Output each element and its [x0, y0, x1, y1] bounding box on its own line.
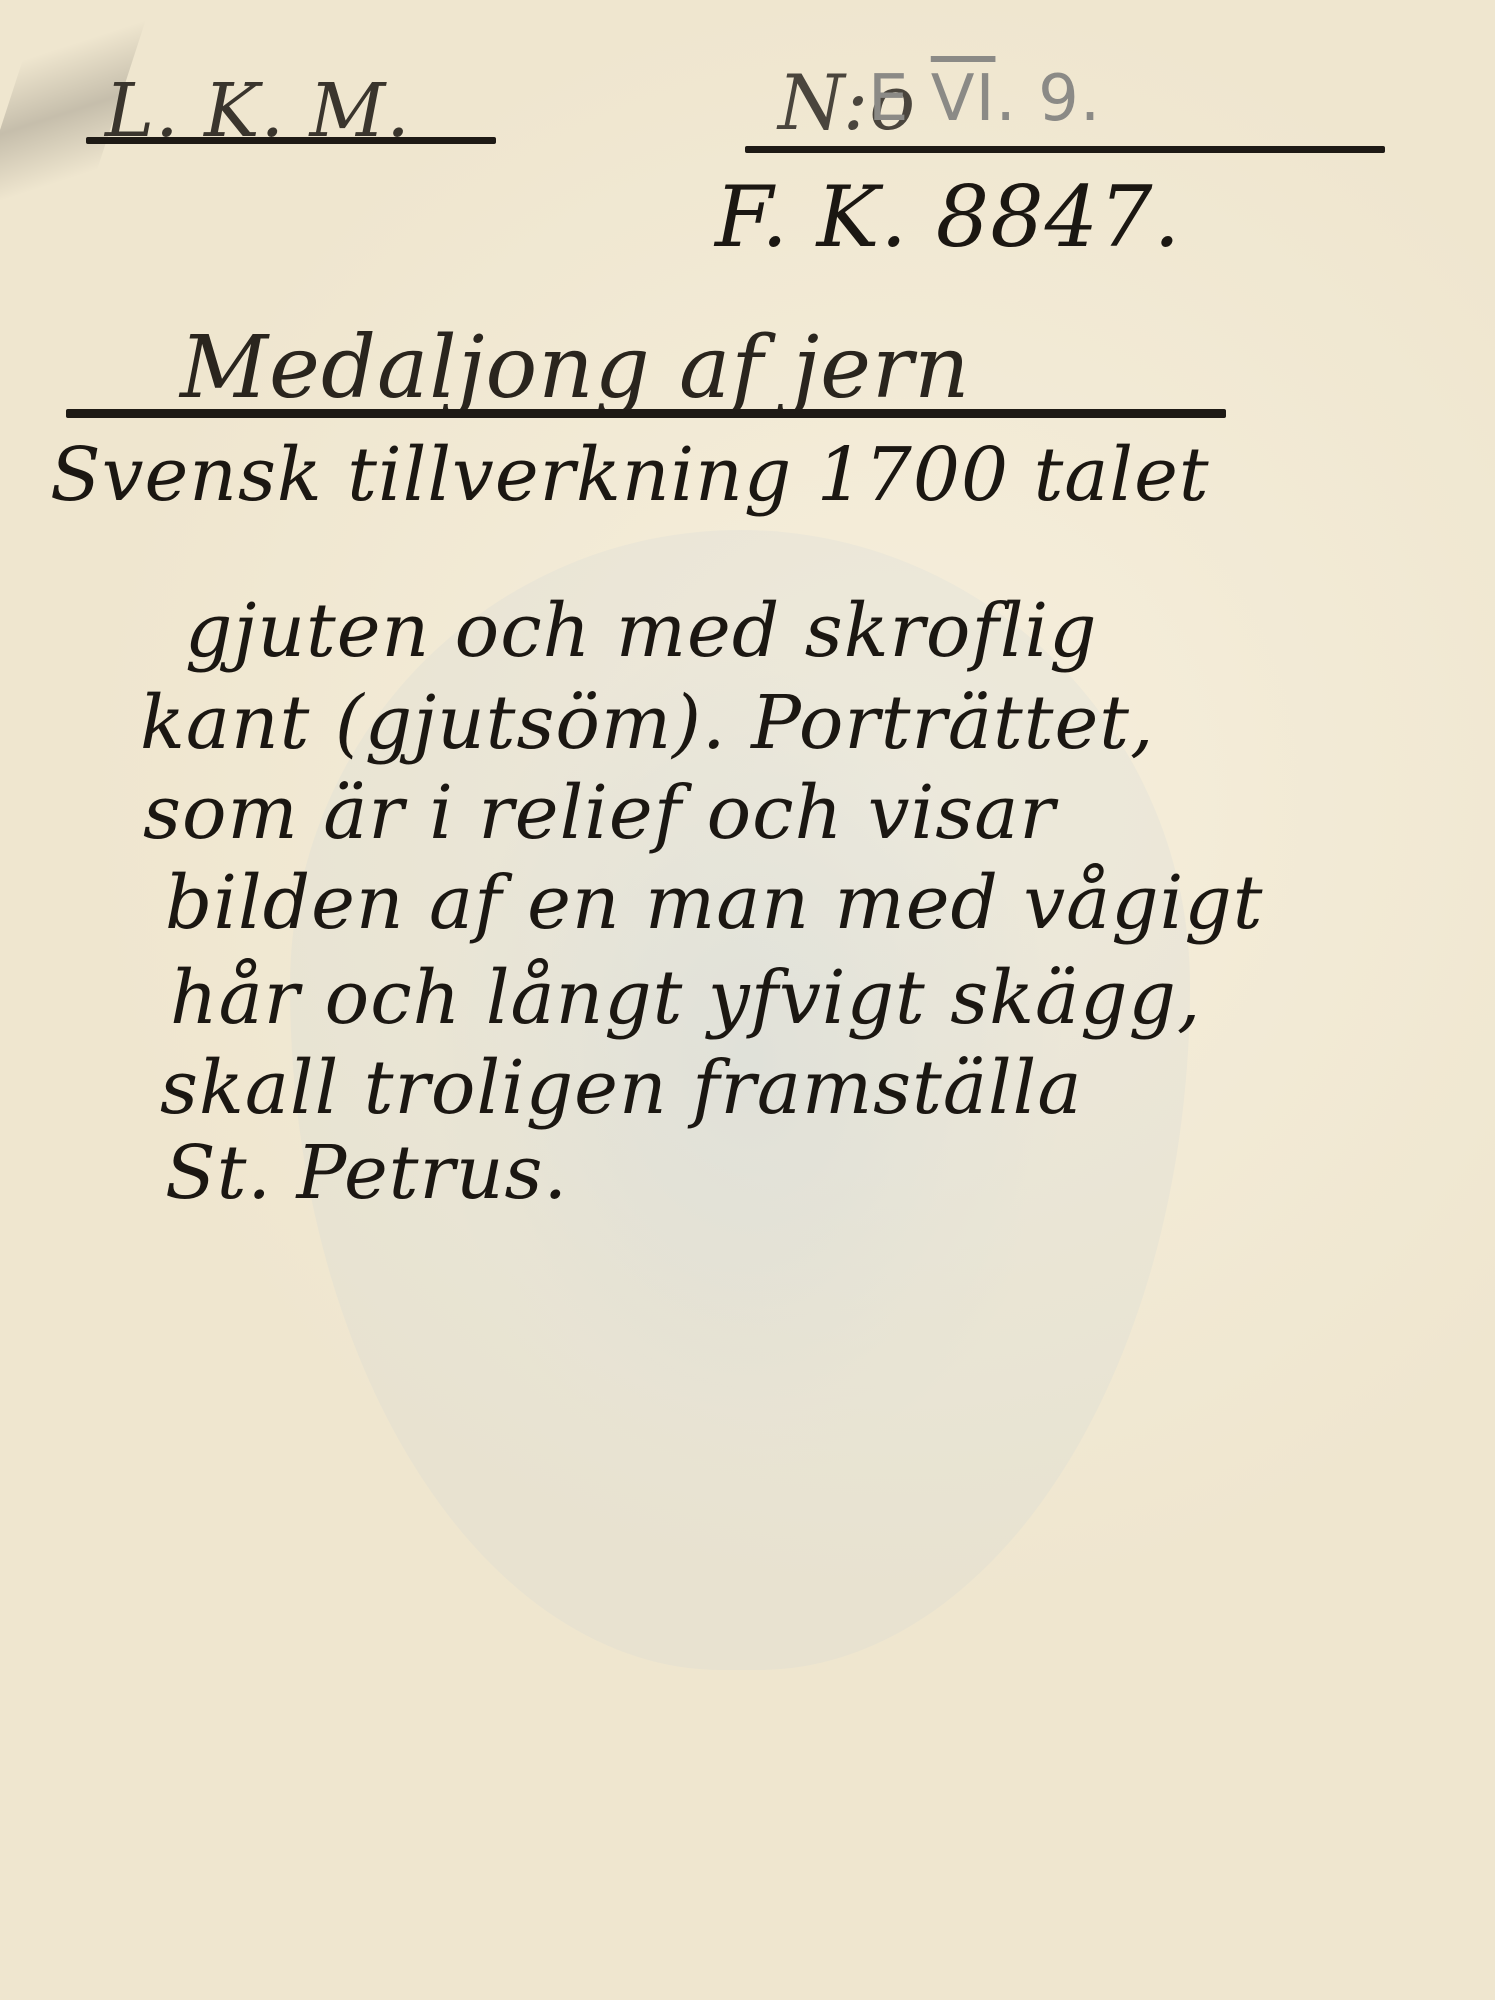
number-underline: [745, 146, 1385, 153]
description-line: hår och långt yfvigt skägg,: [170, 955, 1201, 1041]
inventory-number-pencil: E VI. 9.: [868, 62, 1101, 136]
object-title: Medaljong af jern: [180, 318, 971, 418]
fk-number: F. K. 8847.: [715, 168, 1181, 266]
description-line: kant (gjutsöm). Porträttet,: [140, 680, 1155, 766]
description-line: som är i relief och visar: [143, 770, 1056, 856]
description-line: skall troligen framställa: [160, 1045, 1082, 1131]
description-line: gjuten och med skroflig: [185, 588, 1098, 674]
inventory-letter: E: [868, 62, 909, 136]
description-line: bilden af en man med vågigt: [165, 860, 1263, 946]
description-line: St. Petrus.: [165, 1130, 568, 1216]
title-underline: [66, 409, 1226, 418]
collection-code-underline: [86, 137, 496, 144]
catalogue-card: L. K. M. N:o E VI. 9. F. K. 8847. Medalj…: [0, 0, 1495, 2000]
inventory-suffix: . 9.: [995, 62, 1101, 136]
inventory-roman: VI: [931, 62, 996, 136]
description-line: Svensk tillverkning 1700 talet: [50, 432, 1210, 518]
